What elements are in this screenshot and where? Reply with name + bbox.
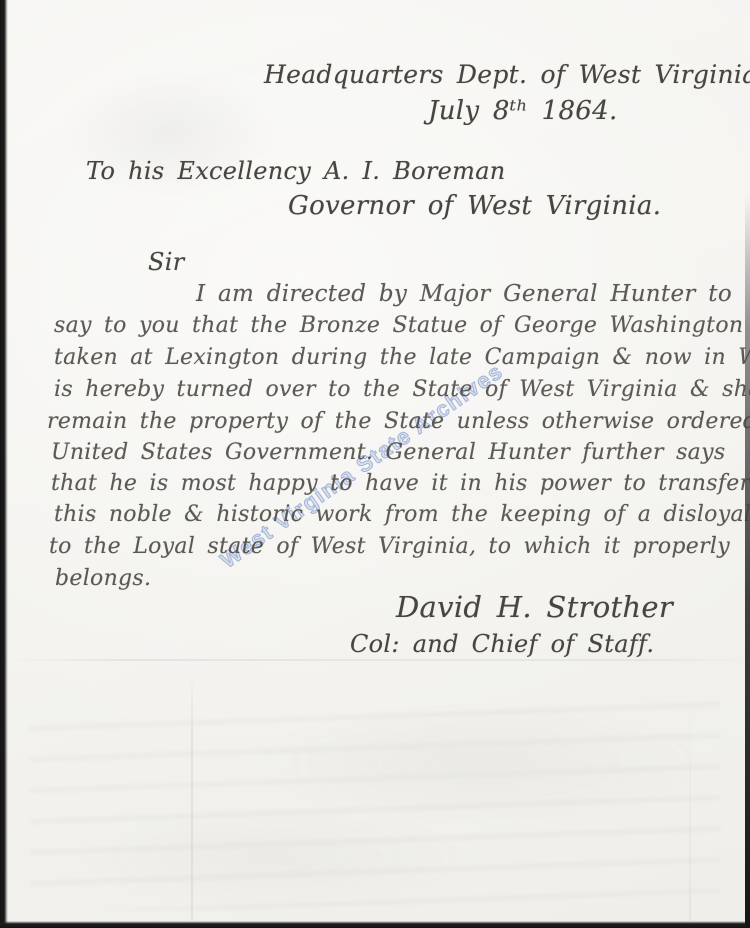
salutation: Sir	[148, 248, 185, 276]
letterhead-date: July 8ᵗʰ 1864.	[428, 96, 618, 126]
body-line-6: United States Government. General Hunter…	[51, 440, 725, 465]
body-line-2: say to you that the Bronze Statue of Geo…	[54, 313, 743, 338]
fold-crease-horizontal	[8, 659, 750, 661]
body-line-3: taken at Lexington during the late Campa…	[54, 345, 750, 370]
body-line-8: this noble & historic work from the keep…	[54, 502, 750, 527]
signature-title: Col: and Chief of Staff.	[350, 630, 654, 658]
scan-edge-bottom	[0, 921, 750, 928]
ink-bleedthrough	[30, 700, 720, 910]
body-line-1: I am directed by Major General Hunter to	[196, 281, 732, 307]
scan-edge-left	[0, 0, 8, 928]
scan-edge-right	[745, 195, 750, 928]
addressee-name: To his Excellency A. I. Boreman	[86, 157, 506, 185]
addressee-title: Governor of West Virginia.	[288, 191, 661, 221]
signature-name: David H. Strother	[396, 590, 673, 624]
body-line-10: belongs.	[55, 566, 151, 591]
scanned-letter-page: West Virginia State Archives Headquarter…	[0, 0, 750, 928]
letterhead-line: Headquarters Dept. of West Virginia	[264, 60, 750, 89]
body-line-9: to the Loyal state of West Virginia, to …	[49, 534, 730, 559]
body-line-7: that he is most happy to have it in his …	[51, 471, 750, 496]
body-line-5: remain the property of the State unless …	[47, 409, 750, 434]
body-line-4: is hereby turned over to the State of We…	[54, 377, 750, 402]
